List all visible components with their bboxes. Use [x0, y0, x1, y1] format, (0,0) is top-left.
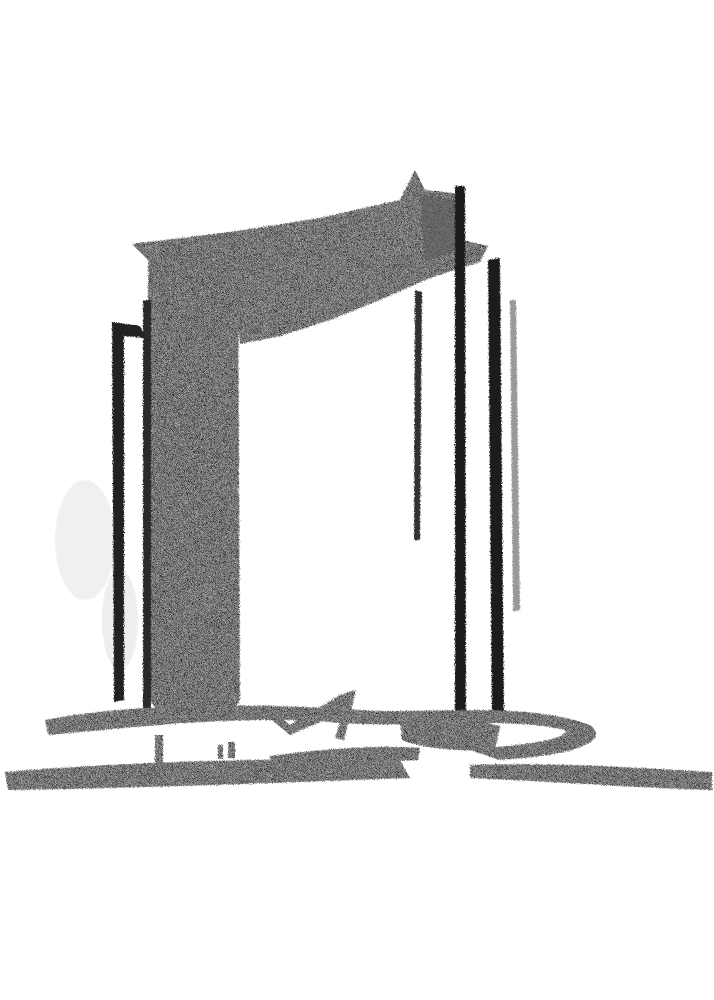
sketch-canvas: [0, 0, 714, 1000]
left-post-2: [143, 300, 151, 710]
ground-scribble: [5, 690, 712, 790]
main-pillar: [148, 248, 240, 716]
smudge-area: [55, 480, 138, 670]
charcoal-sketch: [0, 0, 714, 1000]
right-post-b: [488, 258, 504, 722]
hanging-strand-2: [510, 300, 520, 612]
right-post-a: [455, 186, 466, 720]
hanging-strand: [414, 290, 422, 540]
